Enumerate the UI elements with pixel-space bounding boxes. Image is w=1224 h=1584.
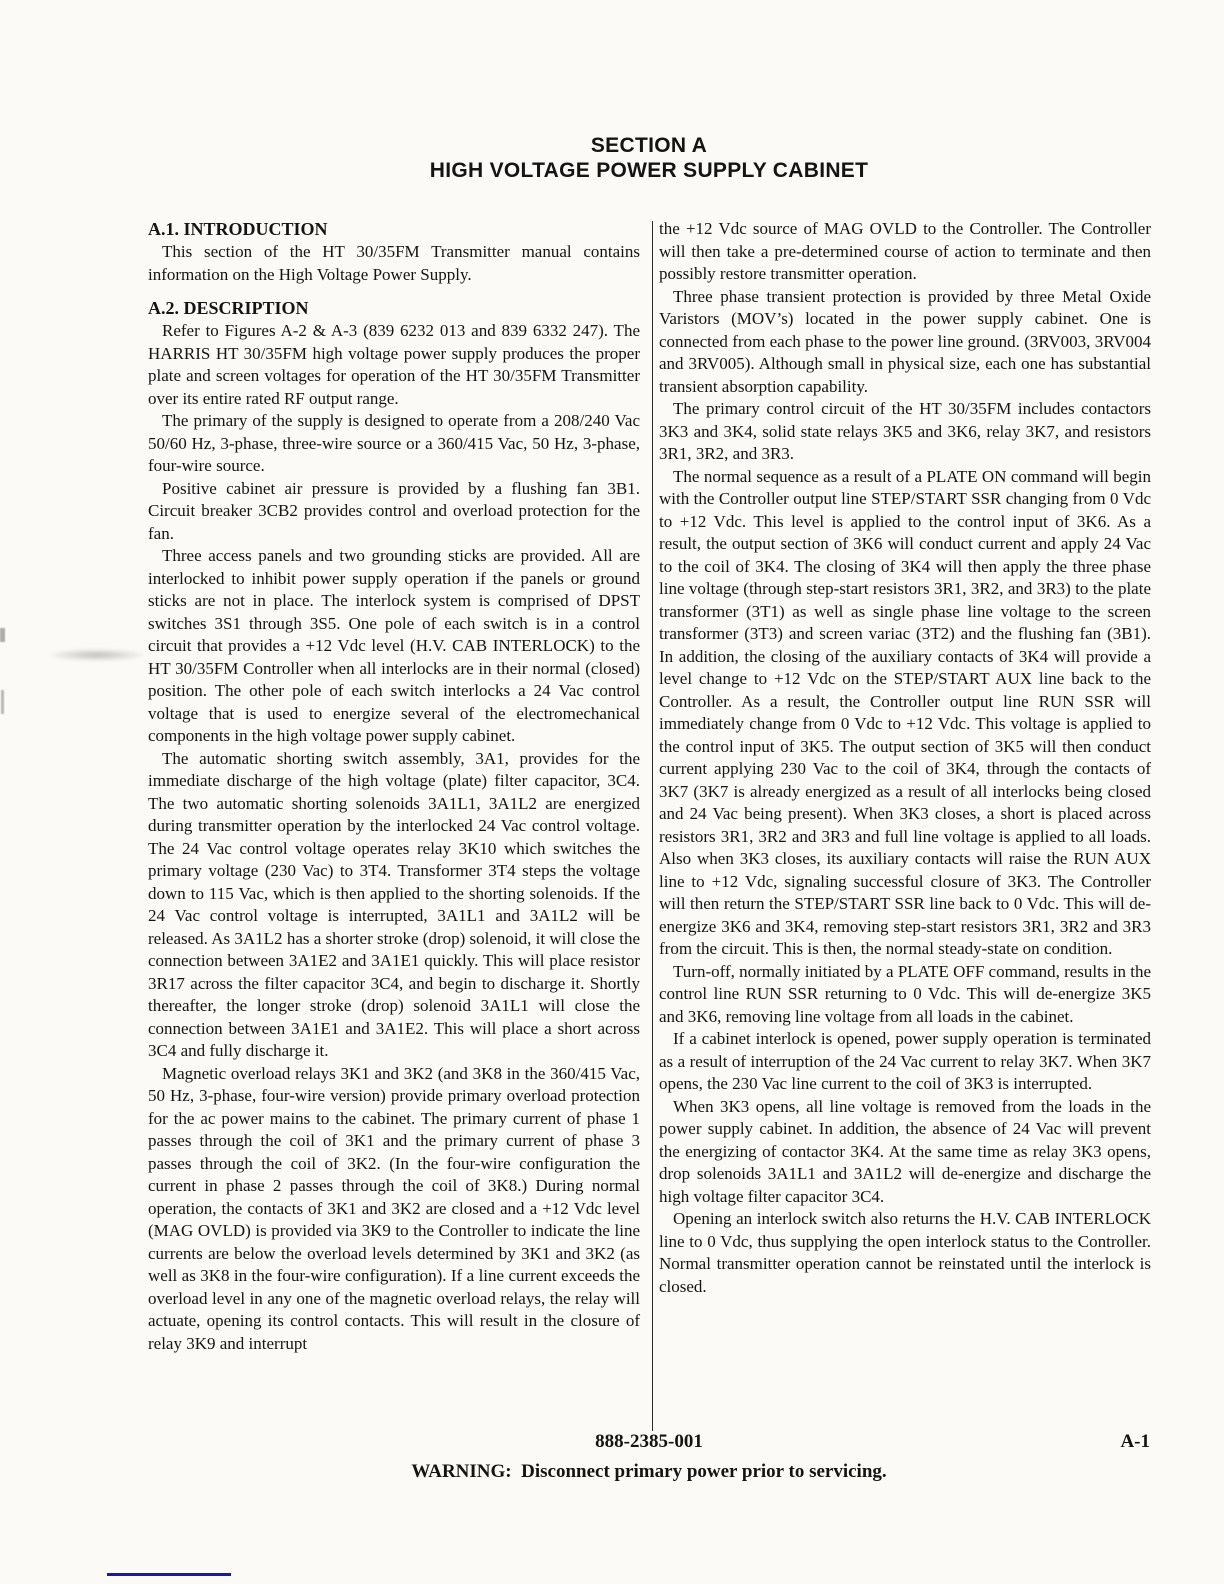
column-divider-line [652,221,653,1431]
scan-edge-mark [0,628,5,642]
paragraph: Refer to Figures A-2 & A-3 (839 6232 013… [148,320,640,410]
right-column: the +12 Vdc source of MAG OVLD to the Co… [659,218,1151,1298]
bottom-accent-line [107,1573,231,1576]
paragraph: The automatic shorting switch assembly, … [148,748,640,1063]
left-column: A.1. INTRODUCTION This section of the HT… [148,218,640,1355]
paragraph: Three phase transient protection is prov… [659,286,1151,399]
footer-warning-text: WARNING: Disconnect primary power prior … [148,1461,1150,1483]
heading-a2-description: A.2. DESCRIPTION [148,297,640,320]
paragraph: The primary of the supply is designed to… [148,410,640,478]
page-title: SECTION A HIGH VOLTAGE POWER SUPPLY CABI… [148,133,1150,183]
paragraph: The primary control circuit of the HT 30… [659,398,1151,466]
heading-a1-introduction: A.1. INTRODUCTION [148,218,640,241]
section-title-line1: SECTION A [148,133,1150,158]
paragraph: When 3K3 opens, all line voltage is remo… [659,1096,1151,1209]
paragraph: Positive cabinet air pressure is provide… [148,478,640,546]
paragraph: The normal sequence as a result of a PLA… [659,466,1151,961]
section-title-line2: HIGH VOLTAGE POWER SUPPLY CABINET [148,158,1150,183]
manual-page: SECTION A HIGH VOLTAGE POWER SUPPLY CABI… [0,0,1224,1584]
paragraph: If a cabinet interlock is opened, power … [659,1028,1151,1096]
paragraph: Three access panels and two grounding st… [148,545,640,748]
paragraph: Opening an interlock switch also returns… [659,1208,1151,1298]
paragraph: Magnetic overload relays 3K1 and 3K2 (an… [148,1063,640,1356]
paragraph-introduction: This section of the HT 30/35FM Transmitt… [148,241,640,286]
scan-edge-mark [1,690,4,714]
paragraph: Turn-off, normally initiated by a PLATE … [659,961,1151,1029]
scan-smudge-artifact [50,649,144,661]
footer-document-number: 888-2385-001 [148,1431,1150,1453]
paragraph-continuation: the +12 Vdc source of MAG OVLD to the Co… [659,218,1151,286]
footer-page-number: A-1 [1120,1431,1150,1453]
